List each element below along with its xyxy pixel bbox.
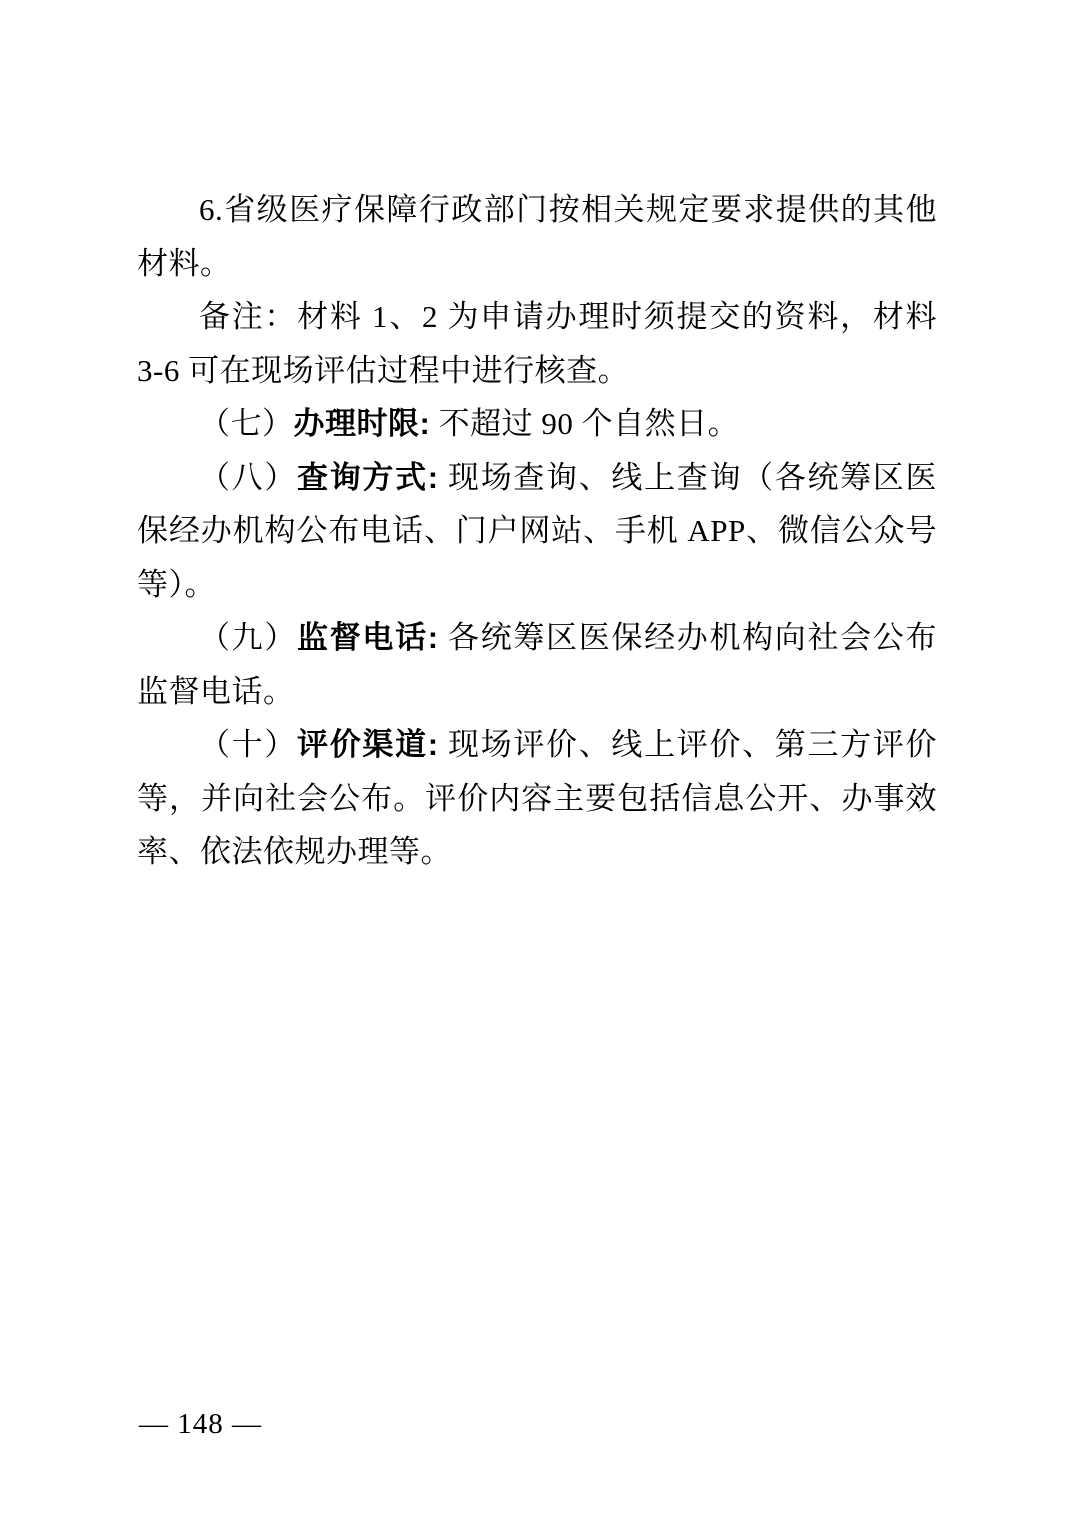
paragraph-note: 备注：材料 1、2 为申请办理时须提交的资料，材料 3-6 可在现场评估过程中进…	[137, 290, 937, 397]
section-label: 评价渠道:	[297, 727, 439, 762]
paragraph-material-item-6: 6.省级医疗保障行政部门按相关规定要求提供的其他材料。	[137, 183, 937, 290]
section-number: （十）	[199, 727, 297, 762]
section-label: 监督电话:	[297, 620, 439, 655]
note-label: 备注：	[199, 299, 297, 334]
paragraph-text: 6.省级医疗保障行政部门按相关规定要求提供的其他材料。	[137, 192, 937, 281]
section-number: （七）	[199, 406, 294, 441]
page-number: — 148 —	[139, 1406, 262, 1442]
section-number: （九）	[199, 620, 297, 655]
section-label: 办理时限:	[294, 406, 431, 441]
paragraph-section-9-supervision-phone: （九）监督电话: 各统筹区医保经办机构向社会公布监督电话。	[137, 611, 937, 718]
document-body: 6.省级医疗保障行政部门按相关规定要求提供的其他材料。 备注：材料 1、2 为申…	[137, 183, 937, 879]
paragraph-section-7-processing-time: （七）办理时限: 不超过 90 个自然日。	[137, 397, 937, 451]
section-label: 查询方式:	[297, 460, 439, 495]
section-text: 不超过 90 个自然日。	[430, 406, 739, 441]
paragraph-section-10-evaluation-channel: （十）评价渠道: 现场评价、线上评价、第三方评价等，并向社会公布。评价内容主要包…	[137, 718, 937, 879]
paragraph-section-8-query-method: （八）查询方式: 现场查询、线上查询（各统筹区医保经办机构公布电话、门户网站、手…	[137, 451, 937, 612]
section-number: （八）	[199, 460, 297, 495]
document-page: 6.省级医疗保障行政部门按相关规定要求提供的其他材料。 备注：材料 1、2 为申…	[0, 0, 1074, 1520]
